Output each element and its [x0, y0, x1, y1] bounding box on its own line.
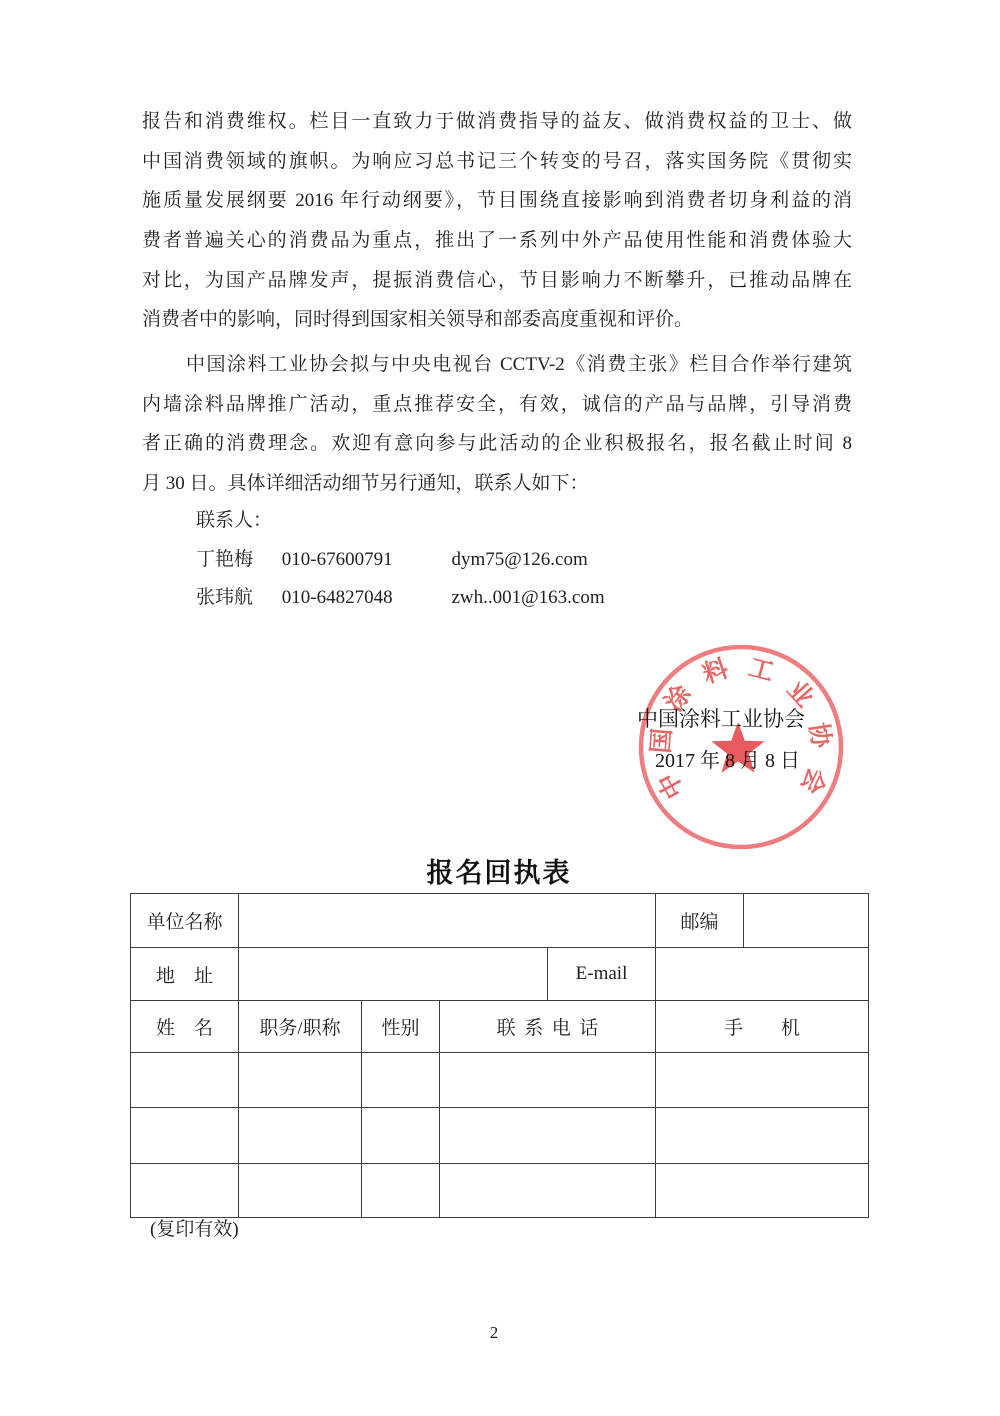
empty-cell — [131, 1164, 239, 1218]
paragraph-line: 费者普遍关心的消费品为重点，推出了一系列中外产品使用性能和消费体验大 — [142, 221, 852, 261]
name-label: 姓 名 — [131, 1001, 239, 1053]
empty-cell — [656, 1053, 869, 1108]
paragraph-line: 中国涂料工业协会拟与中央电视台 CCTV-2《消费主张》栏目合作举行建筑 — [142, 345, 852, 385]
empty-cell — [131, 1053, 239, 1108]
contact-email: dym75@126.com — [452, 541, 588, 580]
unit-label: 单位名称 — [131, 894, 239, 948]
job-label: 职务/职称 — [239, 1001, 362, 1053]
empty-cell — [362, 1108, 440, 1164]
postal-value-cell — [744, 894, 869, 948]
contact-row: 丁艳梅 010-67600791 dym75@126.com — [142, 541, 852, 580]
empty-cell — [239, 1108, 362, 1164]
svg-text:工: 工 — [746, 654, 777, 686]
registration-table: 单位名称 邮编 地 址 E-mail 姓 名 职务/职称 性别 联系电话 手 机 — [130, 893, 869, 1218]
paragraph-line: 中国消费领域的旗帜。为响应习总书记三个转变的号召，落实国务院《贯彻实 — [142, 142, 852, 182]
paragraph-line: 报告和消费维权。栏目一直致力于做消费指导的益友、做消费权益的卫士、做 — [142, 102, 852, 142]
empty-cell — [362, 1164, 440, 1218]
document-page: 报告和消费维权。栏目一直致力于做消费指导的益友、做消费权益的卫士、做 中国消费领… — [0, 0, 1000, 1416]
copy-valid-note: (复印有效) — [150, 1214, 239, 1241]
form-title: 报名回执表 — [130, 851, 868, 890]
paragraph-line: 消费者中的影响，同时得到国家相关领导和部委高度重视和评价。 — [142, 300, 852, 340]
paragraph-line: 者正确的消费理念。欢迎有意向参与此活动的企业积极报名，报名截止时间 8 — [142, 424, 852, 464]
paragraph-line: 对比，为国产品牌发声，提振消费信心，节目影响力不断攀升，已推动品牌在 — [142, 261, 852, 301]
empty-cell — [440, 1164, 656, 1218]
contact-phone: 010-64827048 — [282, 579, 447, 618]
email-value-cell — [656, 948, 869, 1001]
empty-cell — [239, 1164, 362, 1218]
table-empty-row — [131, 1164, 869, 1218]
contacts-section: 联系人： 丁艳梅 010-67600791 dym75@126.com 张玮航 … — [142, 502, 852, 618]
contact-name: 丁艳梅 — [196, 541, 277, 580]
empty-cell — [440, 1053, 656, 1108]
svg-text:中: 中 — [653, 768, 690, 803]
paragraph-line: 内墙涂料品牌推广活动，重点推荐安全，有效，诚信的产品与品牌，引导消费 — [142, 385, 852, 425]
page-number: 2 — [0, 1323, 988, 1343]
empty-cell — [656, 1108, 869, 1164]
paragraph-2: 中国涂料工业协会拟与中央电视台 CCTV-2《消费主张》栏目合作举行建筑 内墙涂… — [142, 345, 852, 504]
table-row-unit: 单位名称 邮编 — [131, 894, 869, 948]
contact-email: zwh..001@163.com — [452, 579, 605, 618]
table-empty-row — [131, 1108, 869, 1164]
paragraph-line: 施质量发展纲要 2016 年行动纲要》，节目围绕直接影响到消费者切身利益的消 — [142, 181, 852, 221]
empty-cell — [656, 1164, 869, 1218]
signature-org: 中国涂料工业协会 — [637, 703, 805, 733]
svg-text:协: 协 — [804, 721, 836, 751]
phone-label: 联系电话 — [440, 1001, 656, 1053]
table-empty-row — [131, 1053, 869, 1108]
empty-cell — [362, 1053, 440, 1108]
paragraph-1: 报告和消费维权。栏目一直致力于做消费指导的益友、做消费权益的卫士、做 中国消费领… — [142, 102, 852, 340]
gender-label: 性别 — [362, 1001, 440, 1053]
svg-text:会: 会 — [795, 763, 832, 798]
postal-label: 邮编 — [656, 894, 744, 948]
address-label: 地 址 — [131, 948, 239, 1001]
contact-phone: 010-67600791 — [282, 541, 447, 580]
contacts-heading: 联系人： — [142, 502, 852, 541]
table-row-address: 地 址 E-mail — [131, 948, 869, 1001]
contact-row: 张玮航 010-64827048 zwh..001@163.com — [142, 579, 852, 618]
empty-cell — [239, 1053, 362, 1108]
signature-date: 2017 年 8 月 8 日 — [655, 744, 800, 773]
contact-name: 张玮航 — [196, 579, 277, 618]
paragraph-line: 月 30 日。具体详细活动细节另行通知，联系人如下： — [142, 464, 852, 504]
empty-cell — [131, 1108, 239, 1164]
address-value-cell — [239, 948, 548, 1001]
mobile-label: 手 机 — [656, 1001, 869, 1053]
empty-cell — [440, 1108, 656, 1164]
email-label: E-mail — [548, 948, 656, 1001]
unit-value-cell — [239, 894, 656, 948]
table-header-row: 姓 名 职务/职称 性别 联系电话 手 机 — [131, 1001, 869, 1053]
svg-text:料: 料 — [699, 654, 732, 689]
